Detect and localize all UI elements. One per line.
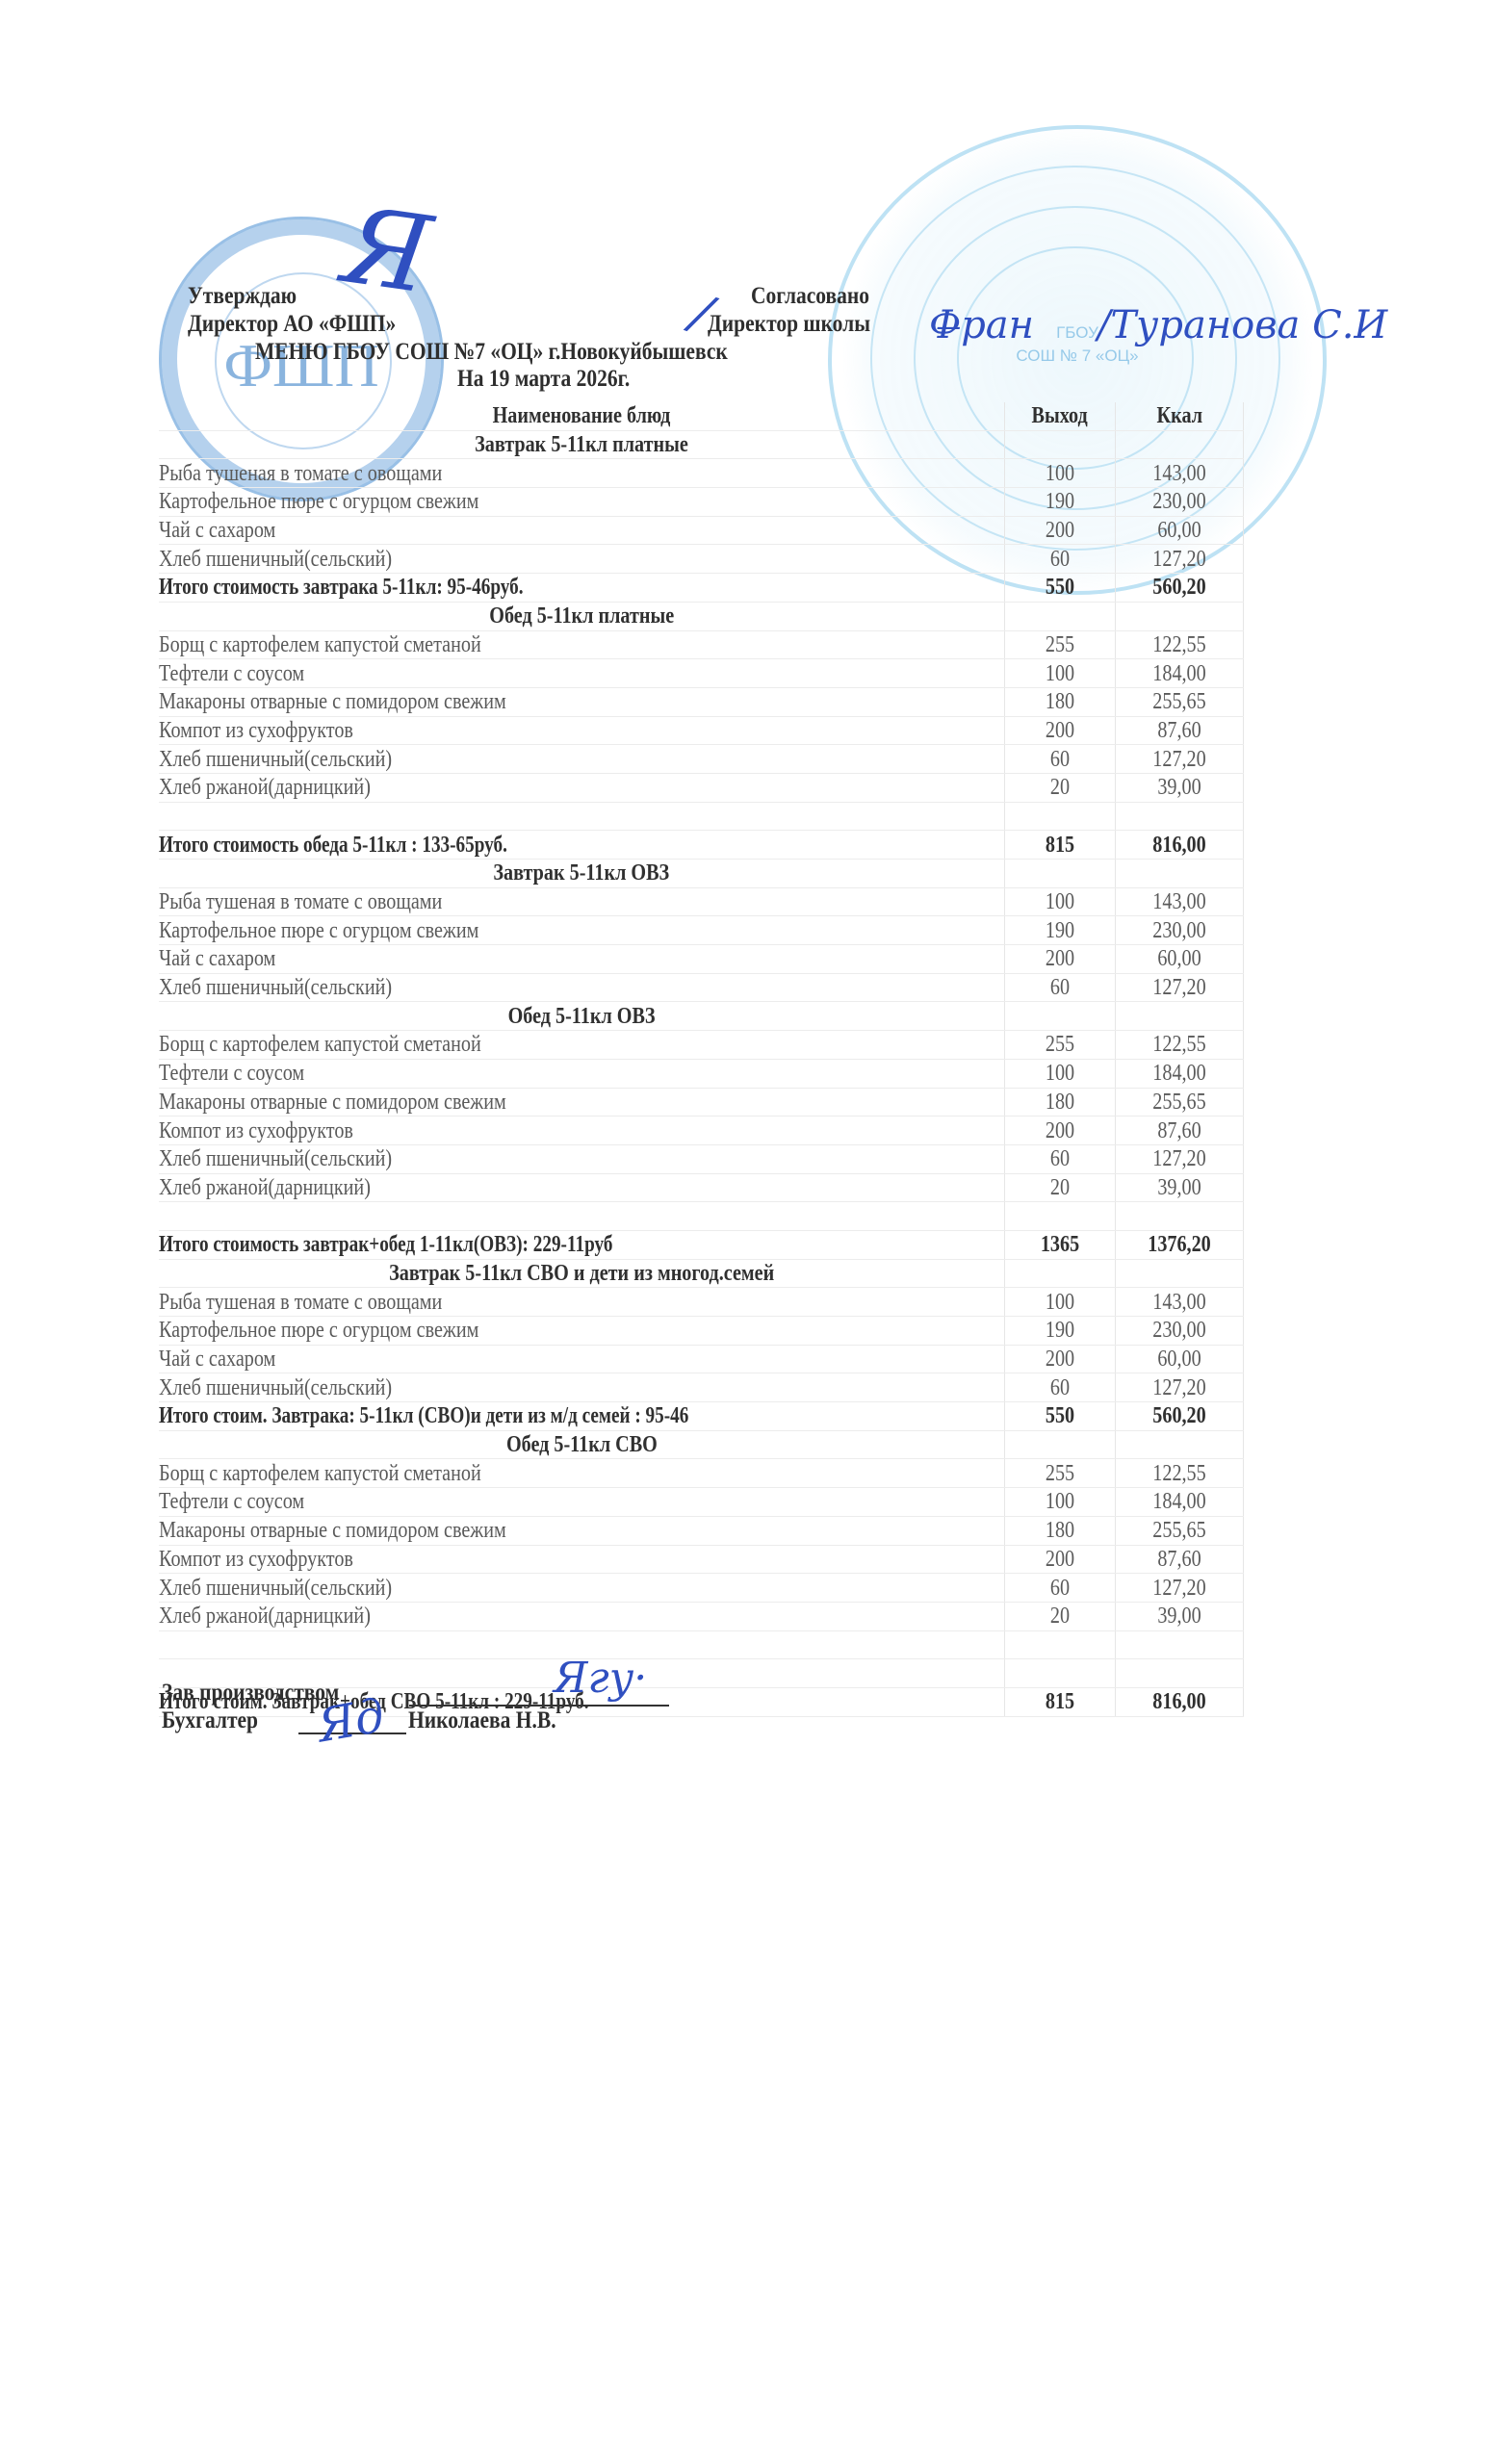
signature-approve: Я	[338, 192, 437, 308]
table-row: Чай с сахаром20060,00	[159, 516, 1244, 545]
dish-name-cell: Итого стоимость завтрака 5-11кл: 95-46ру…	[159, 574, 1005, 603]
kcal-cell-text: 1376,20	[1148, 1232, 1211, 1257]
kcal-cell: 39,00	[1116, 1602, 1244, 1630]
table-row: Компот из сухофруктов20087,60	[159, 1116, 1244, 1145]
section-title-cell-text: Завтрак 5-11кл ОВЗ	[494, 860, 670, 885]
kcal-cell	[1116, 1202, 1244, 1231]
section-title-cell-text: Обед 5-11кл СВО	[506, 1432, 658, 1457]
table-row: Чай с сахаром20060,00	[159, 945, 1244, 974]
section-title-cell: Завтрак 5-11кл платные	[159, 430, 1005, 459]
kcal-cell-text: 60,00	[1157, 946, 1201, 971]
table-row: Хлеб пшеничный(сельский)60127,20	[159, 545, 1244, 574]
accountant-label: Бухгалтер	[162, 1707, 258, 1734]
table-row: Макароны отварные с помидором свежим1802…	[159, 687, 1244, 716]
yield-cell: 200	[1005, 1545, 1116, 1574]
kcal-cell: 127,20	[1116, 1574, 1244, 1603]
dish-name-cell-text: Тефтели с соусом	[159, 661, 304, 686]
column-header-dish: Наименование блюд	[159, 402, 1005, 430]
kcal-cell: 184,00	[1116, 1059, 1244, 1088]
kcal-cell: 122,55	[1116, 1459, 1244, 1488]
kcal-cell: 230,00	[1116, 916, 1244, 945]
yield-cell	[1005, 802, 1116, 831]
dish-name-cell-text: Хлеб ржаной(дарницкий)	[159, 1604, 371, 1629]
dish-name-cell-text: Макароны отварные с помидором свежим	[159, 689, 506, 714]
dish-name-cell: Компот из сухофруктов	[159, 716, 1005, 745]
yield-cell: 255	[1005, 1031, 1116, 1060]
kcal-cell	[1116, 802, 1244, 831]
kcal-cell: 127,20	[1116, 545, 1244, 574]
kcal-cell: 816,00	[1116, 1687, 1244, 1716]
dish-name-cell: Картофельное пюре с огурцом свежим	[159, 488, 1005, 517]
dish-name-cell	[159, 1202, 1005, 1231]
kcal-cell: 143,00	[1116, 1288, 1244, 1317]
table-row: Рыба тушеная в томате с овощами100143,00	[159, 887, 1244, 916]
yield-cell: 200	[1005, 716, 1116, 745]
yield-cell-text: 100	[1046, 661, 1074, 686]
section-title-cell: Завтрак 5-11кл ОВЗ	[159, 860, 1005, 888]
yield-cell	[1005, 1002, 1116, 1031]
dish-name-cell: Хлеб ржаной(дарницкий)	[159, 773, 1005, 802]
dish-name-cell: Тефтели с соусом	[159, 1059, 1005, 1088]
section-heading-row: Обед 5-11кл ОВЗ	[159, 1002, 1244, 1031]
dish-name-cell-text: Чай с сахаром	[159, 1347, 275, 1372]
dish-name-cell: Макароны отварные с помидором свежим	[159, 687, 1005, 716]
dish-name-cell-text: Рыба тушеная в томате с овощами	[159, 461, 442, 486]
yield-cell: 60	[1005, 973, 1116, 1002]
dish-name-cell: Борщ с картофелем капустой сметаной	[159, 1459, 1005, 1488]
table-header-row: Наименование блюд Выход Ккал	[159, 402, 1244, 430]
menu-table-body: Наименование блюд Выход Ккал Завтрак 5-1…	[159, 402, 1244, 1716]
kcal-cell: 122,55	[1116, 630, 1244, 659]
signature-production: Ягу·	[554, 1654, 647, 1703]
kcal-cell: 184,00	[1116, 1488, 1244, 1517]
dish-name-cell: Тефтели с соусом	[159, 659, 1005, 688]
kcal-cell: 39,00	[1116, 1173, 1244, 1202]
table-row: Тефтели с соусом100184,00	[159, 659, 1244, 688]
section-heading-row: Обед 5-11кл платные	[159, 602, 1244, 630]
dish-name-cell-text: Хлеб пшеничный(сельский)	[159, 1375, 392, 1400]
yield-cell: 100	[1005, 887, 1116, 916]
approve-position: Директор АО «ФШП»	[188, 311, 396, 338]
dish-name-cell-text: Борщ с картофелем капустой сметаной	[159, 1461, 481, 1486]
dish-name-cell: Макароны отварные с помидором свежим	[159, 1516, 1005, 1545]
kcal-cell-text: 87,60	[1157, 1118, 1201, 1143]
dish-name-cell: Рыба тушеная в томате с овощами	[159, 887, 1005, 916]
yield-cell: 550	[1005, 574, 1116, 603]
table-row: Хлеб ржаной(дарницкий)2039,00	[159, 773, 1244, 802]
dish-name-cell-text: Хлеб пшеничный(сельский)	[159, 1146, 392, 1171]
dish-name-cell-text: Борщ с картофелем капустой сметаной	[159, 1032, 481, 1057]
yield-cell: 180	[1005, 687, 1116, 716]
kcal-cell-text: 127,20	[1152, 1146, 1205, 1171]
table-row: Тефтели с соусом100184,00	[159, 1059, 1244, 1088]
kcal-cell-text: 39,00	[1157, 1175, 1201, 1200]
dish-name-cell: Итого стоимость обеда 5-11кл : 133-65руб…	[159, 831, 1005, 860]
dish-name-cell-text: Макароны отварные с помидором свежим	[159, 1090, 506, 1115]
kcal-cell: 143,00	[1116, 887, 1244, 916]
dish-name-cell: Компот из сухофруктов	[159, 1545, 1005, 1574]
yield-cell: 255	[1005, 630, 1116, 659]
table-row: Хлеб пшеничный(сельский)60127,20	[159, 973, 1244, 1002]
kcal-cell-text: 87,60	[1157, 1547, 1201, 1572]
dish-name-cell-text: Хлеб ржаной(дарницкий)	[159, 775, 371, 800]
blank-row	[159, 1202, 1244, 1231]
kcal-cell: 127,20	[1116, 973, 1244, 1002]
kcal-cell	[1116, 1002, 1244, 1031]
kcal-cell: 184,00	[1116, 659, 1244, 688]
yield-cell: 60	[1005, 1574, 1116, 1603]
kcal-cell-text: 122,55	[1152, 632, 1205, 657]
dish-name-cell-text: Итого стоимость завтрака 5-11кл: 95-46ру…	[159, 575, 524, 600]
dish-name-cell-text: Хлеб пшеничный(сельский)	[159, 547, 392, 572]
yield-cell: 180	[1005, 1516, 1116, 1545]
yield-cell: 815	[1005, 831, 1116, 860]
yield-cell-text: 180	[1046, 1518, 1074, 1543]
dish-name-cell: Тефтели с соусом	[159, 1488, 1005, 1517]
kcal-cell-text: 143,00	[1152, 461, 1205, 486]
dish-name-cell-text: Рыба тушеная в томате с овощами	[159, 1290, 442, 1315]
blank-row	[159, 1630, 1244, 1659]
dish-name-cell: Рыба тушеная в томате с овощами	[159, 1288, 1005, 1317]
kcal-cell: 560,20	[1116, 574, 1244, 603]
kcal-cell: 60,00	[1116, 1345, 1244, 1373]
dish-name-cell-text: Макароны отварные с помидором свежим	[159, 1518, 506, 1543]
table-row: Картофельное пюре с огурцом свежим190230…	[159, 1317, 1244, 1346]
yield-cell-text: 60	[1050, 1146, 1070, 1171]
yield-cell	[1005, 1630, 1116, 1659]
table-row: Борщ с картофелем капустой сметаной25512…	[159, 630, 1244, 659]
signature-agreed-name: /Туранова С.И	[1098, 303, 1387, 347]
yield-cell: 190	[1005, 916, 1116, 945]
table-row: Макароны отварные с помидором свежим1802…	[159, 1516, 1244, 1545]
agreed-position: Директор школы	[708, 311, 870, 338]
yield-cell: 1365	[1005, 1230, 1116, 1259]
yield-cell-text: 100	[1046, 1489, 1074, 1514]
kcal-cell-text: 127,20	[1152, 975, 1205, 1000]
kcal-cell-text: 143,00	[1152, 1290, 1205, 1315]
dish-name-cell-text: Чай с сахаром	[159, 518, 275, 543]
kcal-cell: 87,60	[1116, 1545, 1244, 1574]
kcal-cell: 87,60	[1116, 1116, 1244, 1145]
yield-cell-text: 180	[1046, 1090, 1074, 1115]
section-heading-row: Обед 5-11кл СВО	[159, 1430, 1244, 1459]
yield-cell-text: 550	[1046, 1403, 1074, 1428]
yield-cell-text: 200	[1046, 1547, 1074, 1572]
column-header-yield: Выход	[1005, 402, 1116, 430]
production-manager-label: Зав производством	[162, 1680, 339, 1707]
dish-name-cell-text: Рыба тушеная в томате с овощами	[159, 889, 442, 914]
yield-cell: 100	[1005, 459, 1116, 488]
kcal-cell	[1116, 860, 1244, 888]
yield-cell: 200	[1005, 945, 1116, 974]
yield-cell: 100	[1005, 1059, 1116, 1088]
kcal-cell: 1376,20	[1116, 1230, 1244, 1259]
yield-cell-text: 60	[1050, 747, 1070, 772]
table-row: Картофельное пюре с огурцом свежим190230…	[159, 916, 1244, 945]
yield-cell: 180	[1005, 1088, 1116, 1116]
kcal-cell-text: 230,00	[1152, 489, 1205, 514]
section-title-cell: Обед 5-11кл СВО	[159, 1430, 1005, 1459]
production-signature-line	[409, 1705, 669, 1707]
kcal-cell	[1116, 1430, 1244, 1459]
yield-cell-text: 200	[1046, 1347, 1074, 1372]
dish-name-cell-text: Борщ с картофелем капустой сметаной	[159, 632, 481, 657]
kcal-cell-text: 127,20	[1152, 1375, 1205, 1400]
total-row: Итого стоимость завтрак+обед 1-11кл(ОВЗ)…	[159, 1230, 1244, 1259]
yield-cell-text: 100	[1046, 461, 1074, 486]
yield-cell: 100	[1005, 659, 1116, 688]
section-title-cell-text: Обед 5-11кл ОВЗ	[507, 1004, 655, 1029]
kcal-cell: 122,55	[1116, 1031, 1244, 1060]
dish-name-cell-text: Итого стоимость завтрак+обед 1-11кл(ОВЗ)…	[159, 1232, 612, 1257]
section-title-cell-text: Завтрак 5-11кл СВО и дети из многод.семе…	[389, 1261, 774, 1286]
total-row: Итого стоим. Завтрака: 5-11кл (СВО)и дет…	[159, 1402, 1244, 1431]
kcal-cell: 230,00	[1116, 1317, 1244, 1346]
kcal-cell	[1116, 602, 1244, 630]
dish-name-cell: Хлеб пшеничный(сельский)	[159, 745, 1005, 774]
dish-name-cell: Компот из сухофруктов	[159, 1116, 1005, 1145]
approve-label: Утверждаю	[188, 283, 297, 310]
yield-cell	[1005, 1202, 1116, 1231]
yield-cell: 60	[1005, 1144, 1116, 1173]
kcal-cell	[1116, 1259, 1244, 1288]
yield-cell: 100	[1005, 1288, 1116, 1317]
dish-name-cell-text: Чай с сахаром	[159, 946, 275, 971]
kcal-cell: 255,65	[1116, 1088, 1244, 1116]
kcal-cell-text: 255,65	[1152, 689, 1205, 714]
section-title-cell: Обед 5-11кл платные	[159, 602, 1005, 630]
kcal-cell-text: 122,55	[1152, 1461, 1205, 1486]
kcal-cell: 87,60	[1116, 716, 1244, 745]
yield-cell-text: 60	[1050, 1375, 1070, 1400]
table-row: Картофельное пюре с огурцом свежим190230…	[159, 488, 1244, 517]
dish-name-cell: Рыба тушеная в томате с овощами	[159, 459, 1005, 488]
kcal-cell-text: 816,00	[1152, 1689, 1205, 1714]
dish-name-cell: Хлеб пшеничный(сельский)	[159, 1373, 1005, 1402]
kcal-cell-text: 60,00	[1157, 518, 1201, 543]
table-row: Рыба тушеная в томате с овощами100143,00	[159, 1288, 1244, 1317]
yield-cell-text: 100	[1046, 1061, 1074, 1086]
dish-name-cell-text: Картофельное пюре с огурцом свежим	[159, 918, 478, 943]
table-row: Борщ с картофелем капустой сметаной25512…	[159, 1459, 1244, 1488]
yield-cell-text: 190	[1046, 489, 1074, 514]
column-header-kcal: Ккал	[1116, 402, 1244, 430]
dish-name-cell-text: Хлеб ржаной(дарницкий)	[159, 1175, 371, 1200]
dish-name-cell	[159, 802, 1005, 831]
date-line: На 19 марта 2026г.	[457, 366, 630, 393]
table-row: Хлеб пшеничный(сельский)60127,20	[159, 745, 1244, 774]
yield-cell-text: 20	[1050, 775, 1070, 800]
kcal-cell-text: 127,20	[1152, 547, 1205, 572]
kcal-cell: 230,00	[1116, 488, 1244, 517]
kcal-cell: 39,00	[1116, 773, 1244, 802]
yield-cell-text: 815	[1046, 833, 1074, 858]
dish-name-cell-text: Компот из сухофруктов	[159, 1118, 353, 1143]
section-title-cell: Обед 5-11кл ОВЗ	[159, 1002, 1005, 1031]
yield-cell: 190	[1005, 1317, 1116, 1346]
kcal-cell-text: 560,20	[1152, 1403, 1205, 1428]
yield-cell: 60	[1005, 545, 1116, 574]
table-row: Макароны отварные с помидором свежим1802…	[159, 1088, 1244, 1116]
table-row: Хлеб ржаной(дарницкий)2039,00	[159, 1173, 1244, 1202]
table-row: Хлеб пшеничный(сельский)60127,20	[159, 1574, 1244, 1603]
dish-name-cell-text: Картофельное пюре с огурцом свежим	[159, 1318, 478, 1343]
section-title-cell-text: Обед 5-11кл платные	[489, 603, 674, 629]
yield-cell: 200	[1005, 1116, 1116, 1145]
kcal-cell: 816,00	[1116, 831, 1244, 860]
table-row: Хлеб пшеничный(сельский)60127,20	[159, 1144, 1244, 1173]
yield-cell-text: 255	[1046, 632, 1074, 657]
kcal-cell-text: 60,00	[1157, 1347, 1201, 1372]
table-row: Рыба тушеная в томате с овощами100143,00	[159, 459, 1244, 488]
section-heading-row: Завтрак 5-11кл платные	[159, 430, 1244, 459]
kcal-cell-text: 184,00	[1152, 1489, 1205, 1514]
yield-cell: 60	[1005, 1373, 1116, 1402]
table-row: Чай с сахаром20060,00	[159, 1345, 1244, 1373]
yield-cell-text: 180	[1046, 689, 1074, 714]
table-row: Хлеб пшеничный(сельский)60127,20	[159, 1373, 1244, 1402]
yield-cell-text: 100	[1046, 889, 1074, 914]
kcal-cell-text: 87,60	[1157, 718, 1201, 743]
stamp-line: СОШ № 7 «ОЦ»	[832, 345, 1323, 368]
yield-cell: 100	[1005, 1488, 1116, 1517]
kcal-cell: 127,20	[1116, 1144, 1244, 1173]
yield-cell: 815	[1005, 1687, 1116, 1716]
yield-cell-text: 60	[1050, 1576, 1070, 1601]
kcal-cell-text: 39,00	[1157, 1604, 1201, 1629]
kcal-cell	[1116, 1630, 1244, 1659]
yield-cell	[1005, 1259, 1116, 1288]
dish-name-cell: Макароны отварные с помидором свежим	[159, 1088, 1005, 1116]
kcal-cell-text: 255,65	[1152, 1090, 1205, 1115]
total-row: Итого стоимость завтрака 5-11кл: 95-46ру…	[159, 574, 1244, 603]
kcal-cell-text: 230,00	[1152, 918, 1205, 943]
kcal-cell: 255,65	[1116, 1516, 1244, 1545]
section-title-cell-text: Завтрак 5-11кл платные	[475, 432, 688, 457]
dish-name-cell: Хлеб ржаной(дарницкий)	[159, 1602, 1005, 1630]
table-row: Хлеб ржаной(дарницкий)2039,00	[159, 1602, 1244, 1630]
kcal-cell-text: 143,00	[1152, 889, 1205, 914]
dish-name-cell: Борщ с картофелем капустой сметаной	[159, 630, 1005, 659]
dish-name-cell-text: Хлеб пшеничный(сельский)	[159, 975, 392, 1000]
yield-cell: 60	[1005, 745, 1116, 774]
yield-cell-text: 60	[1050, 547, 1070, 572]
menu-table: Наименование блюд Выход Ккал Завтрак 5-1…	[159, 402, 1244, 1717]
yield-cell: 20	[1005, 1173, 1116, 1202]
kcal-cell: 60,00	[1116, 945, 1244, 974]
total-row: Итого стоимость обеда 5-11кл : 133-65руб…	[159, 831, 1244, 860]
kcal-cell-text: 816,00	[1152, 833, 1205, 858]
yield-cell-text: 190	[1046, 1318, 1074, 1343]
dish-name-cell: Итого стоим. Завтрака: 5-11кл (СВО)и дет…	[159, 1402, 1005, 1431]
kcal-cell-text: 184,00	[1152, 1061, 1205, 1086]
yield-cell: 550	[1005, 1402, 1116, 1431]
dish-name-cell: Хлеб пшеничный(сельский)	[159, 1574, 1005, 1603]
kcal-cell: 127,20	[1116, 745, 1244, 774]
yield-cell	[1005, 860, 1116, 888]
kcal-cell-text: 184,00	[1152, 661, 1205, 686]
dish-name-cell: Чай с сахаром	[159, 945, 1005, 974]
yield-cell-text: 255	[1046, 1461, 1074, 1486]
dish-name-cell-text: Компот из сухофруктов	[159, 718, 353, 743]
yield-cell-text: 190	[1046, 918, 1074, 943]
yield-cell: 190	[1005, 488, 1116, 517]
dish-name-cell-text: Итого стоим. Завтрака: 5-11кл (СВО)и дет…	[159, 1403, 688, 1428]
kcal-cell: 143,00	[1116, 459, 1244, 488]
yield-cell: 200	[1005, 516, 1116, 545]
section-heading-row: Завтрак 5-11кл ОВЗ	[159, 860, 1244, 888]
accountant-name: Николаева Н.В.	[408, 1707, 556, 1734]
dish-name-cell: Чай с сахаром	[159, 1345, 1005, 1373]
yield-cell: 20	[1005, 1602, 1116, 1630]
dish-name-cell: Чай с сахаром	[159, 516, 1005, 545]
kcal-cell-text: 255,65	[1152, 1518, 1205, 1543]
yield-cell-text: 200	[1046, 518, 1074, 543]
yield-cell-text: 100	[1046, 1290, 1074, 1315]
kcal-cell: 127,20	[1116, 1373, 1244, 1402]
yield-cell-text: 815	[1046, 1689, 1074, 1714]
dish-name-cell: Итого стоимость завтрак+обед 1-11кл(ОВЗ)…	[159, 1230, 1005, 1259]
kcal-cell-text: 560,20	[1152, 575, 1205, 600]
dish-name-cell: Борщ с картофелем капустой сметаной	[159, 1031, 1005, 1060]
yield-cell-text: 200	[1046, 1118, 1074, 1143]
dish-name-cell-text: Картофельное пюре с огурцом свежим	[159, 489, 478, 514]
yield-cell: 200	[1005, 1345, 1116, 1373]
yield-cell	[1005, 602, 1116, 630]
yield-cell-text: 200	[1046, 946, 1074, 971]
table-row: Компот из сухофруктов20087,60	[159, 716, 1244, 745]
table-row: Компот из сухофруктов20087,60	[159, 1545, 1244, 1574]
kcal-cell-text: 230,00	[1152, 1318, 1205, 1343]
kcal-cell: 255,65	[1116, 687, 1244, 716]
kcal-cell: 560,20	[1116, 1402, 1244, 1431]
dish-name-cell: Картофельное пюре с огурцом свежим	[159, 1317, 1005, 1346]
dish-name-cell-text: Итого стоимость обеда 5-11кл : 133-65руб…	[159, 833, 507, 858]
kcal-cell: 60,00	[1116, 516, 1244, 545]
dish-name-cell-text: Хлеб пшеничный(сельский)	[159, 1576, 392, 1601]
dish-name-cell: Картофельное пюре с огурцом свежим	[159, 916, 1005, 945]
kcal-cell-text: 122,55	[1152, 1032, 1205, 1057]
dish-name-cell-text: Тефтели с соусом	[159, 1061, 304, 1086]
kcal-cell-text: 127,20	[1152, 1576, 1205, 1601]
section-title-cell: Завтрак 5-11кл СВО и дети из многод.семе…	[159, 1259, 1005, 1288]
signature-accountant: Яд	[314, 1688, 389, 1753]
yield-cell-text: 20	[1050, 1175, 1070, 1200]
dish-name-cell: Хлеб пшеничный(сельский)	[159, 1144, 1005, 1173]
dish-name-cell-text: Тефтели с соусом	[159, 1489, 304, 1514]
yield-cell-text: 1365	[1041, 1232, 1079, 1257]
dish-name-cell: Хлеб пшеничный(сельский)	[159, 545, 1005, 574]
yield-cell-text: 20	[1050, 1604, 1070, 1629]
yield-cell	[1005, 1659, 1116, 1688]
kcal-cell	[1116, 1659, 1244, 1688]
section-heading-row: Завтрак 5-11кл СВО и дети из многод.семе…	[159, 1259, 1244, 1288]
signature-agreed: Ф̶ран	[929, 303, 1034, 347]
yield-cell-text: 60	[1050, 975, 1070, 1000]
yield-cell-text: 200	[1046, 718, 1074, 743]
yield-cell	[1005, 1430, 1116, 1459]
dish-name-cell-text: Компот из сухофруктов	[159, 1547, 353, 1572]
yield-cell	[1005, 430, 1116, 459]
table-row: Борщ с картофелем капустой сметаной25512…	[159, 1031, 1244, 1060]
yield-cell-text: 255	[1046, 1032, 1074, 1057]
agreed-label: Согласовано	[751, 283, 869, 310]
kcal-cell	[1116, 430, 1244, 459]
yield-cell: 255	[1005, 1459, 1116, 1488]
kcal-cell-text: 127,20	[1152, 747, 1205, 772]
dish-name-cell: Хлеб пшеничный(сельский)	[159, 973, 1005, 1002]
blank-row	[159, 802, 1244, 831]
